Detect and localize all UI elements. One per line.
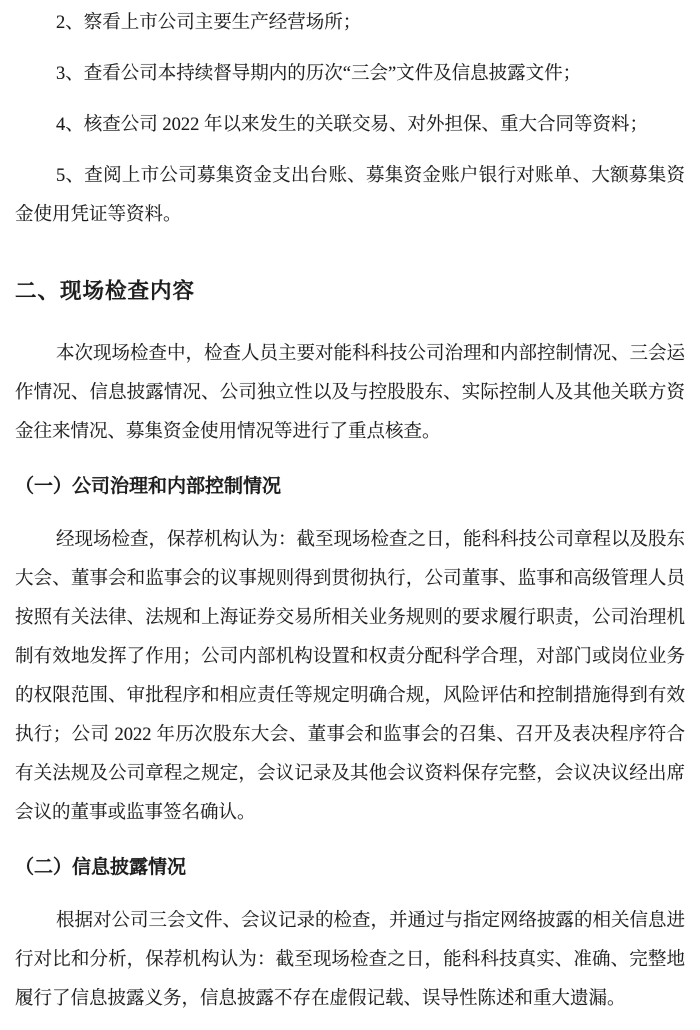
numbered-list-item-5: 5、查阅上市公司募集资金支出台账、募集资金账户银行对账单、大额募集资金使用凭证等…: [15, 157, 685, 235]
numbered-list-item-4: 4、核查公司 2022 年以来发生的关联交易、对外担保、重大合同等资料；: [15, 106, 685, 145]
numbered-list-item-3: 3、查看公司本持续督导期内的历次“三会”文件及信息披露文件；: [15, 55, 685, 94]
numbered-list-item-2: 2、察看上市公司主要生产经营场所；: [15, 4, 685, 43]
section-heading-2: 二、现场检查内容: [15, 269, 685, 313]
subsection-2-body-paragraph: 根据对公司三会文件、会议记录的检查，并通过与指定网络披露的相关信息进行对比和分析…: [15, 902, 685, 1019]
document-page: 2、察看上市公司主要生产经营场所； 3、查看公司本持续督导期内的历次“三会”文件…: [0, 0, 700, 1030]
subsection-1-heading: （一）公司治理和内部控制情况: [15, 467, 685, 506]
subsection-1-body-paragraph: 经现场检查，保荐机构认为：截至现场检查之日，能科科技公司章程以及股东大会、董事会…: [15, 521, 685, 833]
section-2-intro-paragraph: 本次现场检查中，检查人员主要对能科科技公司治理和内部控制情况、三会运作情况、信息…: [15, 335, 685, 452]
subsection-2-heading: （二）信息披露情况: [15, 848, 685, 887]
